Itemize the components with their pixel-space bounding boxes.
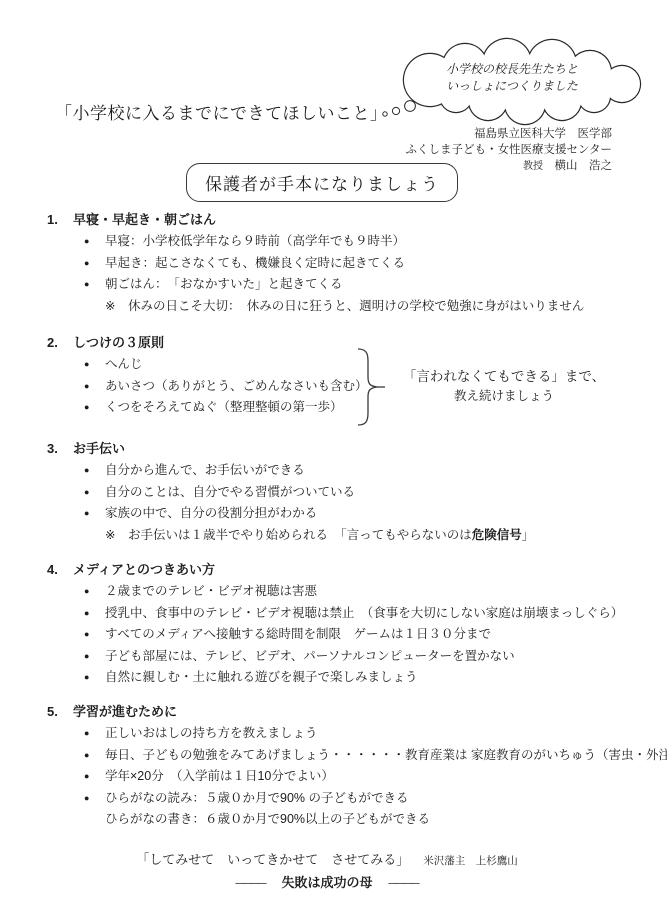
bullet-icon: ● (84, 646, 105, 668)
side-note: 「言われなくてもできる」まで、 教え続けましょう (385, 367, 623, 405)
affiliation-name: 横山 浩之 (555, 160, 613, 172)
section-extra-line: ひらがなの書き：６歳０か月で90%以上の子どもができる (47, 809, 653, 831)
bullet-icon: ● (84, 482, 105, 504)
cloud-caption-line1: 小学校の校長先生たちと (428, 61, 596, 78)
section-1-items: ●早寝：小学校低学年なら９時前（高学年でも９時半） ●早起き：起こさなくても、機… (47, 231, 653, 296)
bullet-text: あいさつ（ありがとう、ごめんなさいも含む） (105, 379, 368, 393)
affiliation-center: ふくしま子ども・女性医療支援センター (405, 142, 612, 158)
bullet-item: ●学年×20分 （入学前は１日10分でよい） (84, 766, 653, 788)
section-number: 2. (47, 332, 73, 354)
bullet-icon: ● (84, 274, 105, 296)
bullet-text: 朝ごはん： 「おなかすいた」と起きてくる (105, 277, 343, 291)
bullet-icon: ● (84, 460, 105, 482)
bullet-icon: ● (84, 376, 105, 398)
bullet-icon: ● (84, 581, 105, 603)
bullet-item: ●ひらがなの読み：５歳０か月で90% の子どもができる (84, 788, 653, 810)
section-number: 5. (47, 701, 73, 723)
bullet-text: 自分から進んで、お手伝いができる (105, 463, 305, 477)
bullet-icon: ● (84, 231, 105, 253)
section-3-heading: 3.お手伝い (47, 438, 653, 460)
bullet-text: すべてのメディアへ接触する総時間を制限 ゲームは１日３０分まで (105, 627, 491, 641)
section-note: ※ 休みの日こそ大切： 休みの日に狂うと、週明けの学校で勉強に身がはいりません (47, 296, 653, 318)
dash-right: ──── (389, 876, 419, 890)
bullet-icon: ● (84, 723, 105, 745)
section-title: メディアとのつきあい方 (73, 562, 215, 577)
document-page: 小学校の校長先生たちと いっしょにつくりました 「小学校に入るまでにできてほしい… (0, 0, 667, 915)
bullet-text: ひらがなの読み：５歳０か月で90% の子どもができる (105, 791, 409, 805)
bullet-item: ●授乳中、食事中のテレビ・ビデオ視聴は禁止 （食事を大切にしない家庭は崩壊まっし… (84, 603, 653, 625)
section-note: ※ お手伝いは１歳半でやり始められる 「言ってもやらないのは危険信号」 (47, 525, 653, 547)
bullet-item: ●自分から進んで、お手伝いができる (84, 460, 653, 482)
section-4-heading: 4.メディアとのつきあい方 (47, 559, 653, 581)
section-3-items: ●自分から進んで、お手伝いができる ●自分のことは、自分でやる習慣がついている … (47, 460, 653, 525)
section-title: しつけの３原則 (73, 335, 164, 350)
cloud-caption-line2: いっしょにつくりました (428, 78, 596, 95)
section-number: 3. (47, 438, 73, 460)
bullet-item: ●家族の中で、自分の役割分担がわかる (84, 503, 653, 525)
section-5-items: ●正しいおはしの持ち方を教えましょう ●毎日、子どもの勉強をみてあげましょう・・… (47, 723, 653, 809)
section-3: 3.お手伝い ●自分から進んで、お手伝いができる ●自分のことは、自分でやる習慣… (47, 438, 653, 546)
bullet-text: へんじ (105, 357, 143, 371)
section-1-heading: 1.早寝・早起き・朝ごはん (47, 209, 653, 231)
bullet-text: 毎日、子どもの勉強をみてあげましょう・・・・・・教育産業は 家庭教育のがいちゅう… (105, 748, 667, 762)
bullet-icon: ● (84, 603, 105, 625)
bullet-icon: ● (84, 766, 105, 788)
footer-quote: 「してみせて いってきかせて させてみる」 (136, 852, 409, 867)
page-title: 「小学校に入るまでにできてほしいこと」 (55, 99, 388, 124)
bullet-icon: ● (84, 667, 105, 689)
footer-motto: 失敗は成功の母 (281, 875, 372, 890)
bullet-icon: ● (84, 253, 105, 275)
footer-attribution: 米沢藩主 上杉鷹山 (423, 855, 518, 867)
section-number: 1. (47, 209, 73, 231)
bullet-text: 自然に親しむ・土に触れる遊びを親子で楽しみましょう (105, 670, 418, 684)
cloud-caption: 小学校の校長先生たちと いっしょにつくりました (428, 61, 596, 95)
bullet-icon: ● (84, 397, 105, 419)
bullet-text: 早起き：起こさなくても、機嫌良く定時に起きてくる (105, 256, 405, 270)
dash-left: ──── (235, 876, 265, 890)
bullet-text: 授乳中、食事中のテレビ・ビデオ視聴は禁止 （食事を大切にしない家庭は崩壊まっしぐ… (105, 606, 623, 620)
note-bold: 危険信号 (472, 528, 522, 542)
section-4-items: ●２歳までのテレビ・ビデオ視聴は害悪 ●授乳中、食事中のテレビ・ビデオ視聴は禁止… (47, 581, 653, 689)
bullet-item: ●早寝：小学校低学年なら９時前（高学年でも９時半） (84, 231, 653, 253)
bullet-item: ●すべてのメディアへ接触する総時間を制限 ゲームは１日３０分まで (84, 624, 653, 646)
bullet-text: くつをそろえてぬぐ（整理整頓の第一歩） (105, 400, 343, 414)
slogan-text: 保護者が手本になりましょう (205, 170, 439, 195)
bullet-icon: ● (84, 354, 105, 376)
section-title: 早寝・早起き・朝ごはん (73, 212, 216, 227)
section-number: 4. (47, 559, 73, 581)
bullet-text: 家族の中で、自分の役割分担がわかる (105, 506, 317, 520)
bullet-text: 学年×20分 （入学前は１日10分でよい） (105, 769, 334, 783)
bullet-item: ●毎日、子どもの勉強をみてあげましょう・・・・・・教育産業は 家庭教育のがいちゅ… (84, 745, 653, 767)
footer-quote-line: 「してみせて いってきかせて させてみる」米沢藩主 上杉鷹山 (10, 849, 644, 868)
bullet-text: ２歳までのテレビ・ビデオ視聴は害悪 (105, 584, 317, 598)
affiliation-university: 福島県立医科大学 医学部 (405, 126, 612, 142)
section-5: 5.学習が進むために ●正しいおはしの持ち方を教えましょう ●毎日、子どもの勉強… (47, 701, 653, 831)
section-title: お手伝い (73, 441, 125, 456)
side-note-line2: 教え続けましょう (385, 387, 623, 405)
bullet-icon: ● (84, 503, 105, 525)
bullet-item: ●朝ごはん： 「おなかすいた」と起きてくる (84, 274, 653, 296)
bullet-text: 自分のことは、自分でやる習慣がついている (105, 485, 355, 499)
note-post: 」 (522, 528, 535, 542)
bullet-item: ●２歳までのテレビ・ビデオ視聴は害悪 (84, 581, 653, 603)
bullet-text: 正しいおはしの持ち方を教えましょう (105, 726, 318, 740)
section-2-heading: 2.しつけの３原則 (47, 332, 653, 354)
bullet-item: ●自然に親しむ・土に触れる遊びを親子で楽しみましょう (84, 667, 653, 689)
note-pre: ※ お手伝いは１歳半でやり始められる 「言ってもやらないのは (105, 528, 472, 542)
bullet-item: ●早起き：起こさなくても、機嫌良く定時に起きてくる (84, 253, 653, 275)
section-1: 1.早寝・早起き・朝ごはん ●早寝：小学校低学年なら９時前（高学年でも９時半） … (47, 209, 653, 317)
bullet-text: 早寝：小学校低学年なら９時前（高学年でも９時半） (105, 234, 405, 248)
section-5-heading: 5.学習が進むために (47, 701, 653, 723)
bullet-icon: ● (84, 624, 105, 646)
bullet-icon: ● (84, 788, 105, 810)
bullet-item: ●子ども部屋には、テレビ、ビデオ、パーソナルコンピューターを置かない (84, 646, 653, 668)
slogan-box: 保護者が手本になりましょう (186, 163, 458, 202)
bullet-icon: ● (84, 745, 105, 767)
bullet-text: 子ども部屋には、テレビ、ビデオ、パーソナルコンピューターを置かない (105, 649, 515, 663)
affiliation-role: 教授 (523, 161, 543, 172)
bullet-item: ●自分のことは、自分でやる習慣がついている (84, 482, 653, 504)
section-4: 4.メディアとのつきあい方 ●２歳までのテレビ・ビデオ視聴は害悪 ●授乳中、食事… (47, 559, 653, 689)
footer-motto-line: ────失敗は成功の母──── (10, 872, 644, 891)
section-title: 学習が進むために (73, 704, 177, 719)
bullet-item: ●正しいおはしの持ち方を教えましょう (84, 723, 653, 745)
side-note-line1: 「言われなくてもできる」まで、 (385, 367, 623, 387)
